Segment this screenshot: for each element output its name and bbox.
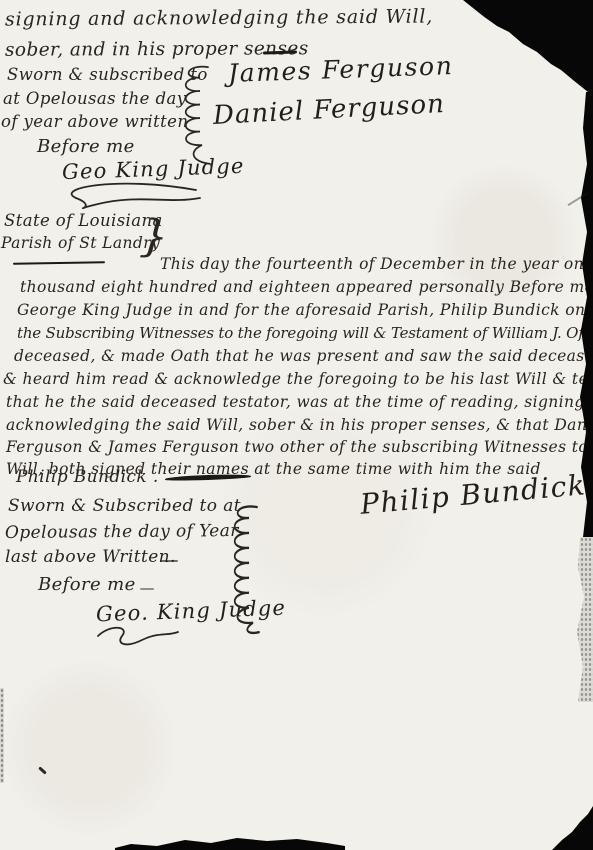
pen-dash-small <box>140 588 154 590</box>
caption-underline <box>13 261 105 265</box>
brace-squiggle-top <box>178 64 212 168</box>
signature-daniel-ferguson: Daniel Ferguson <box>212 90 445 131</box>
body-line: that he the said deceased testator, was … <box>6 394 593 411</box>
torn-edge-right-speckled <box>572 537 593 702</box>
attestation-line-3: of year above written <box>1 113 188 131</box>
scanned-document-page: signing and acknowledging the said Will,… <box>0 0 593 850</box>
body-line: the Subscribing Witnesses to the foregoi… <box>17 325 593 342</box>
bottom-attestation-line-3: last above Written. <box>5 548 176 567</box>
bottom-before-me-line: Before me <box>38 575 136 595</box>
body-line: This day the fourteenth of December in t… <box>160 256 593 273</box>
body-line: thousand eight hundred and eighteen appe… <box>20 279 593 296</box>
body-line: Ferguson & James Ferguson two other of t… <box>6 439 593 456</box>
state-of-louisiana-line: State of Louisiana <box>4 212 163 230</box>
signature-james-ferguson: James Ferguson <box>228 52 454 87</box>
before-me-line: Before me <box>37 137 135 157</box>
body-line: acknowledging the said Will, sober & in … <box>6 417 593 434</box>
bottom-attestation-line-1: Sworn & Subscribed to at <box>8 497 241 516</box>
body-line: deceased, & made Oath that he was presen… <box>14 348 593 365</box>
pen-dash-small <box>160 560 178 562</box>
brace-squiggle-bottom <box>227 503 261 639</box>
attestation-line-2: at Opelousas the day <box>3 90 186 108</box>
body-line: & heard him read & acknowledge the foreg… <box>3 371 593 388</box>
scan-edge-speckle-left <box>0 688 4 783</box>
bottom-attestation-line-2: Opelousas the day of Year <box>5 522 239 543</box>
body-line: George King Judge in and for the aforesa… <box>17 302 593 319</box>
torn-edge-bottom <box>115 836 345 850</box>
torn-corner-top-right <box>455 0 593 100</box>
torn-corner-bottom-right <box>548 798 593 850</box>
body-closing-name: Philip Bundick . <box>16 468 159 487</box>
handwriting-line-signing: signing and acknowledging the said Will, <box>5 7 433 31</box>
signature-flourish-bottom <box>92 622 182 650</box>
parish-line: Parish of St Landry <box>1 235 160 252</box>
ink-fleck <box>38 766 47 774</box>
